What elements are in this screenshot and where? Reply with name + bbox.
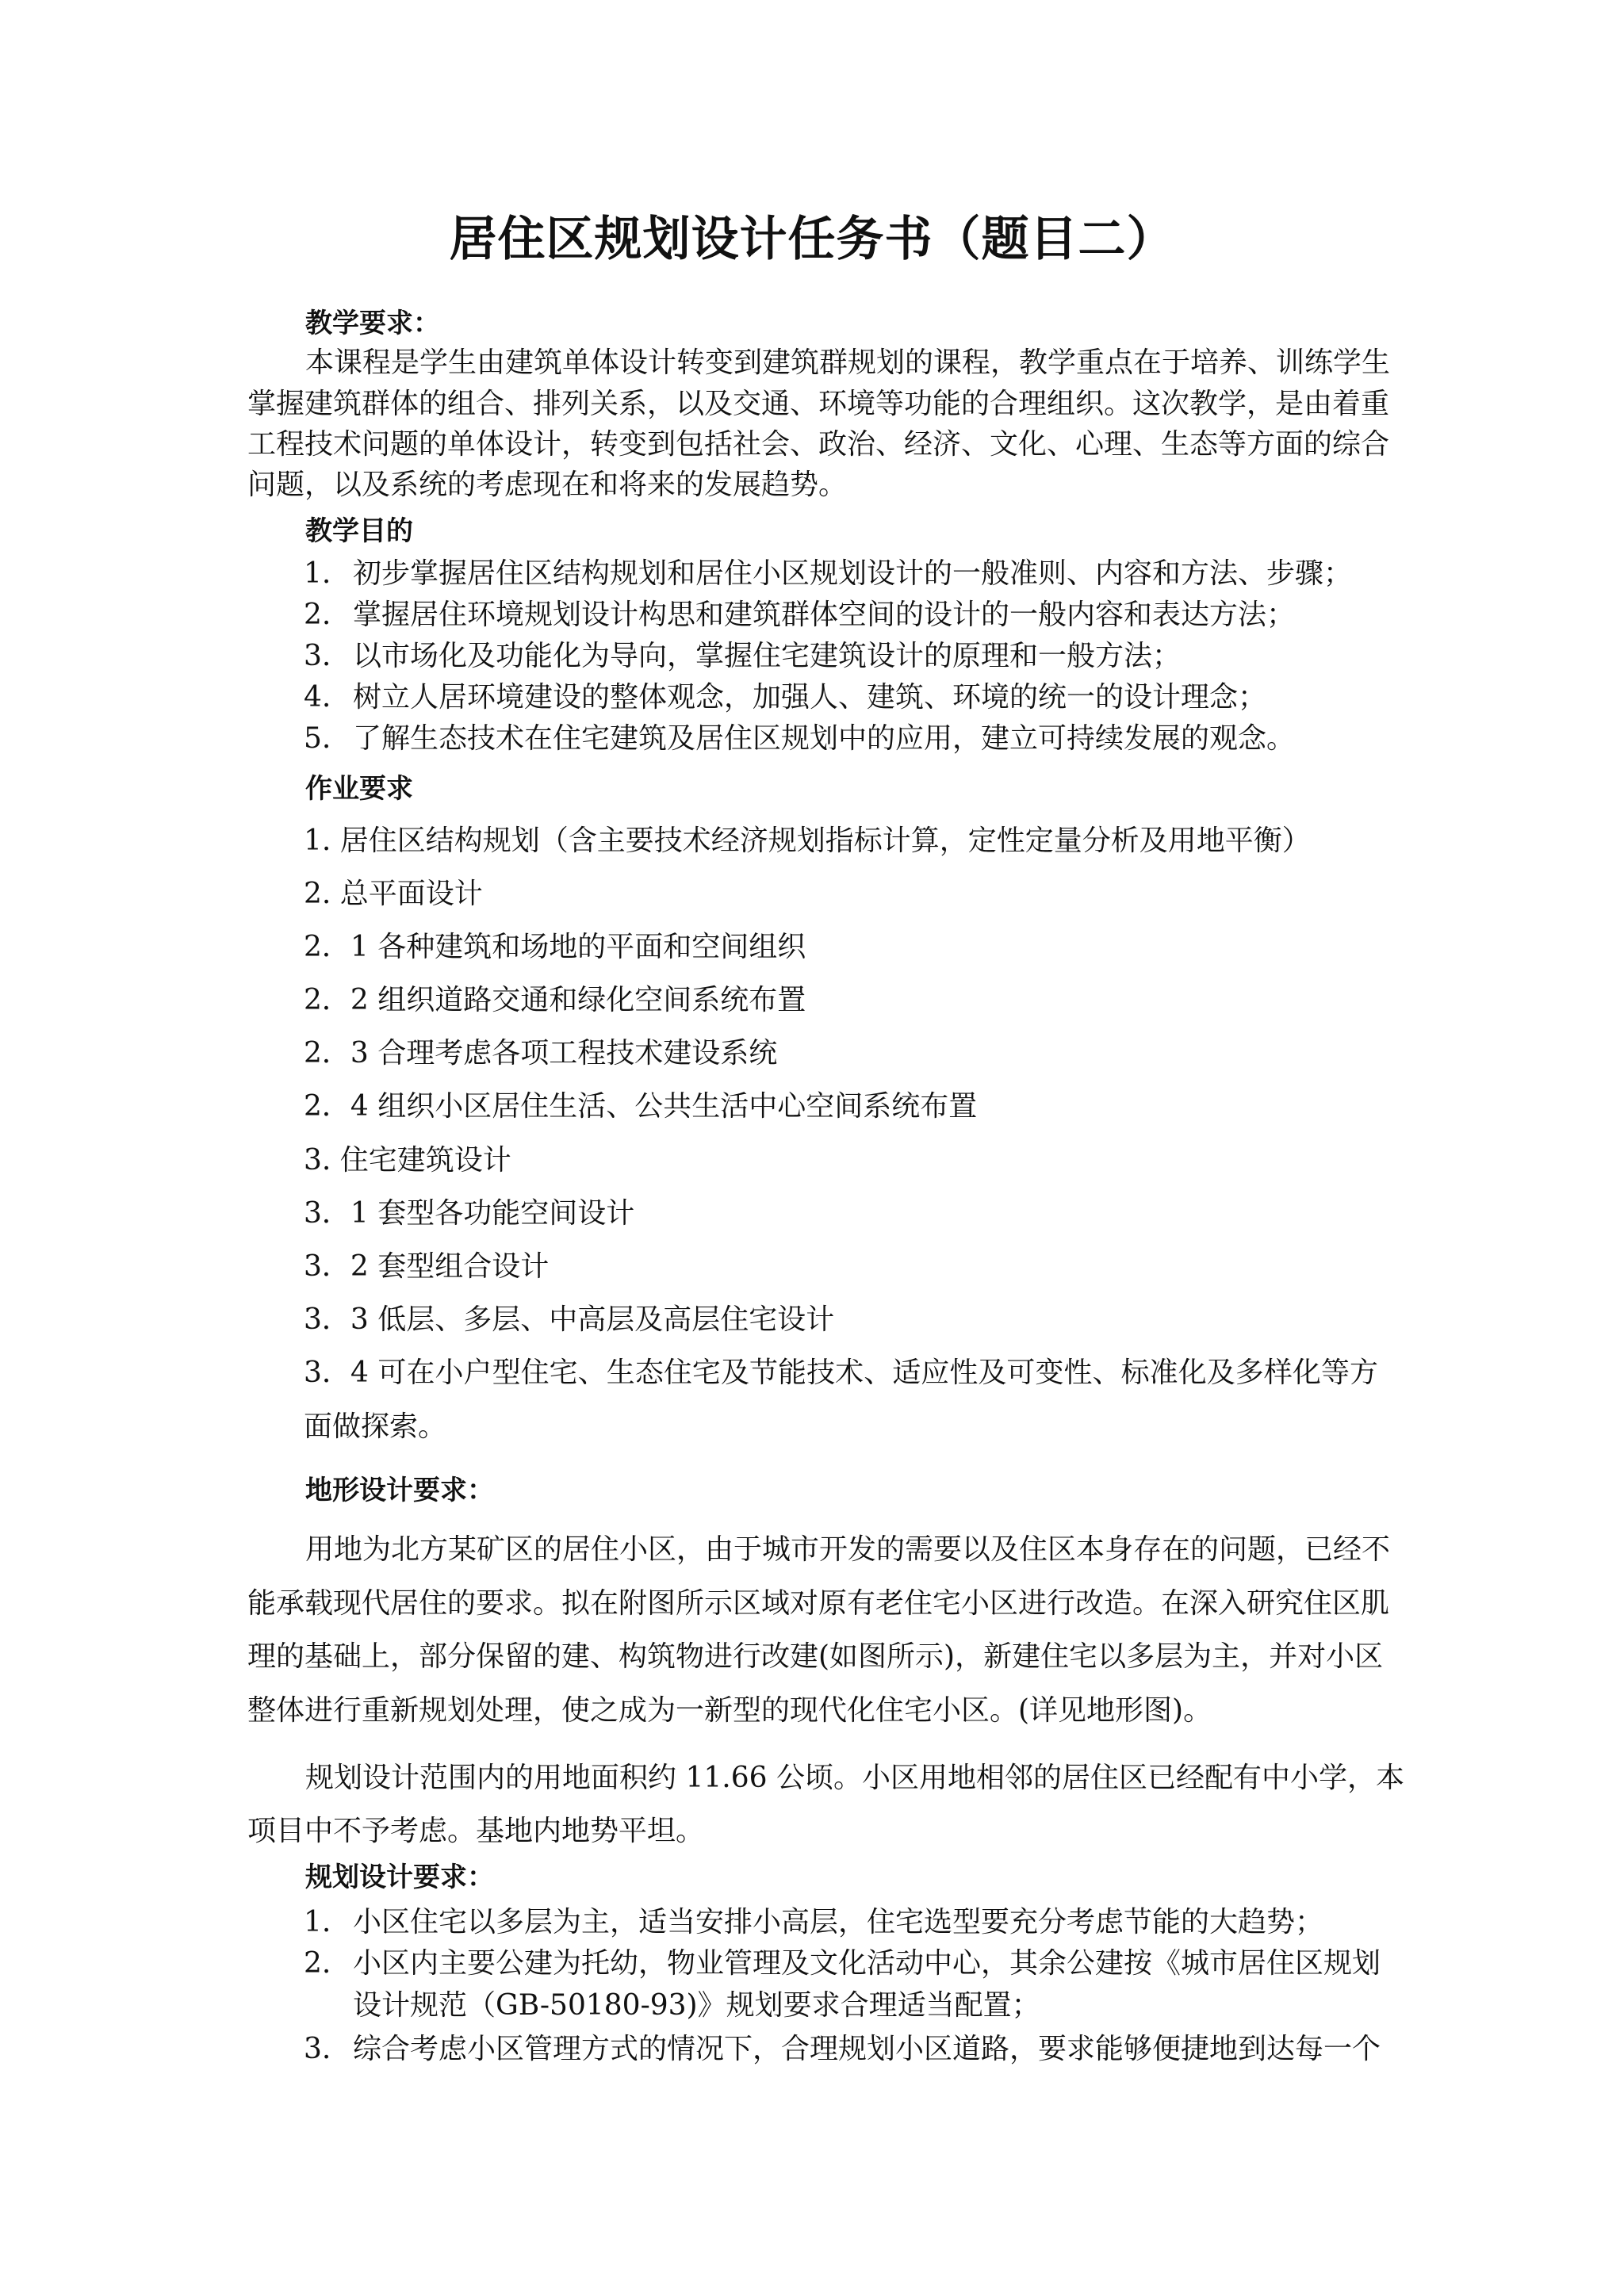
list-item: 5.了解生态技术在住宅建筑及居住区规划中的应用，建立可持续发展的观念。 bbox=[304, 723, 1295, 755]
list-item: 3．4 可在小户型住宅、生态住宅及节能技术、适应性及可变性、标准化及多样化等方 bbox=[304, 1357, 1378, 1389]
paragraph-line: 工程技术问题的单体设计，转变到包括社会、政治、经济、文化、心理、生态等方面的综合 bbox=[247, 429, 1380, 461]
paragraph-line: 理的基础上，部分保留的建、构筑物进行改建(如图所示)，新建住宅以多层为主，并对小… bbox=[247, 1641, 1380, 1673]
paragraph-line: 问题，以及系统的考虑现在和将来的发展趋势。 bbox=[247, 469, 847, 501]
paragraph-line: 规划设计范围内的用地面积约 11.66 公顷。小区用地相邻的居住区已经配有中小学… bbox=[305, 1762, 1378, 1794]
list-number: 3. bbox=[304, 641, 353, 672]
list-number: 3. bbox=[304, 2034, 353, 2065]
list-item: 4.树立人居环境建设的整体观念，加强人、建筑、环境的统一的设计理念； bbox=[304, 682, 1266, 714]
list-item: 1.小区住宅以多层为主，适当安排小高层，住宅选型要充分考虑节能的大趋势； bbox=[304, 1907, 1323, 1938]
list-item: 3．2 套型组合设计 bbox=[304, 1251, 549, 1283]
list-item: 3. 住宅建筑设计 bbox=[304, 1145, 511, 1177]
section-heading-assignment-requirements: 作业要求 bbox=[305, 773, 413, 805]
list-item: 3.综合考虑小区管理方式的情况下，合理规划小区道路，要求能够便捷地到达每一个 bbox=[304, 2034, 1381, 2065]
list-number: 4. bbox=[304, 682, 353, 714]
list-number: 5. bbox=[304, 723, 353, 755]
list-item-continuation: 面做探索。 bbox=[304, 1411, 446, 1443]
paragraph-line: 整体进行重新规划处理，使之成为一新型的现代化住宅小区。(详见地形图)。 bbox=[247, 1695, 1212, 1727]
list-item: 1.初步掌握居住区结构规划和居住小区规划设计的一般准则、内容和方法、步骤； bbox=[304, 558, 1352, 590]
list-text: 设计规范（GB-50180-93)》规划要求合理适当配置； bbox=[353, 1989, 1040, 2022]
list-item: 2.掌握居住环境规划设计构思和建筑群体空间的设计的一般内容和表达方法； bbox=[304, 599, 1295, 631]
list-text: 小区内主要公建为托幼，物业管理及文化活动中心，其余公建按《城市居住区规划 bbox=[353, 1947, 1381, 1980]
document-title: 居住区规划设计任务书（题目二） bbox=[0, 212, 1624, 266]
list-item: 2．1 各种建筑和场地的平面和空间组织 bbox=[304, 932, 806, 963]
list-text: 以市场化及功能化为导向，掌握住宅建筑设计的原理和一般方法； bbox=[353, 640, 1181, 672]
list-text: 综合考虑小区管理方式的情况下，合理规划小区道路，要求能够便捷地到达每一个 bbox=[353, 2033, 1381, 2065]
section-heading-planning-requirements: 规划设计要求： bbox=[305, 1862, 494, 1893]
list-text: 初步掌握居住区结构规划和居住小区规划设计的一般准则、内容和方法、步骤； bbox=[353, 557, 1352, 590]
paragraph-line: 用地为北方某矿区的居住小区，由于城市开发的需要以及住区本身存在的问题，已经不 bbox=[305, 1534, 1378, 1566]
list-text: 掌握居住环境规划设计构思和建筑群体空间的设计的一般内容和表达方法； bbox=[353, 599, 1295, 631]
list-number: 2. bbox=[304, 599, 353, 631]
list-item: 3．3 低层、多层、中高层及高层住宅设计 bbox=[304, 1304, 834, 1336]
list-text: 小区住宅以多层为主，适当安排小高层，住宅选型要充分考虑节能的大趋势； bbox=[353, 1906, 1323, 1938]
paragraph-line: 本课程是学生由建筑单体设计转变到建筑群规划的课程，教学重点在于培养、训练学生 bbox=[305, 347, 1390, 379]
list-text: 了解生态技术在住宅建筑及居住区规划中的应用，建立可持续发展的观念。 bbox=[353, 722, 1295, 755]
list-item: 2.小区内主要公建为托幼，物业管理及文化活动中心，其余公建按《城市居住区规划 bbox=[304, 1948, 1381, 1980]
list-number: 1. bbox=[304, 558, 353, 590]
section-heading-terrain-requirements: 地形设计要求： bbox=[305, 1475, 494, 1506]
section-heading-teaching-requirements: 教学要求： bbox=[305, 308, 440, 339]
list-item: 2．2 组织道路交通和绿化空间系统布置 bbox=[304, 985, 806, 1016]
list-number: 2. bbox=[304, 1948, 353, 1980]
list-item-continuation: 设计规范（GB-50180-93)》规划要求合理适当配置； bbox=[304, 1990, 1040, 2022]
document-page: 居住区规划设计任务书（题目二） 教学要求： 本课程是学生由建筑单体设计转变到建筑… bbox=[0, 0, 1624, 2296]
paragraph-line: 能承载现代居住的要求。拟在附图所示区域对原有老住宅小区进行改造。在深入研究住区肌 bbox=[247, 1588, 1380, 1620]
section-heading-teaching-objectives: 教学目的 bbox=[305, 515, 413, 547]
list-item: 3.以市场化及功能化为导向，掌握住宅建筑设计的原理和一般方法； bbox=[304, 641, 1181, 672]
list-text: 树立人居环境建设的整体观念，加强人、建筑、环境的统一的设计理念； bbox=[353, 681, 1266, 714]
paragraph-line: 项目中不予考虑。基地内地势平坦。 bbox=[247, 1816, 704, 1847]
list-number: 1. bbox=[304, 1907, 353, 1938]
list-item: 3．1 套型各功能空间设计 bbox=[304, 1198, 634, 1230]
list-item: 2. 总平面设计 bbox=[304, 878, 483, 910]
list-item: 2．3 合理考虑各项工程技术建设系统 bbox=[304, 1038, 777, 1070]
paragraph-line: 掌握建筑群体的组合、排列关系，以及交通、环境等功能的合理组织。这次教学，是由着重 bbox=[247, 388, 1380, 420]
list-item: 1. 居住区结构规划（含主要技术经济规划指标计算，定性定量分析及用地平衡） bbox=[304, 825, 1311, 857]
list-item: 2．4 组织小区居住生活、公共生活中心空间系统布置 bbox=[304, 1091, 977, 1123]
